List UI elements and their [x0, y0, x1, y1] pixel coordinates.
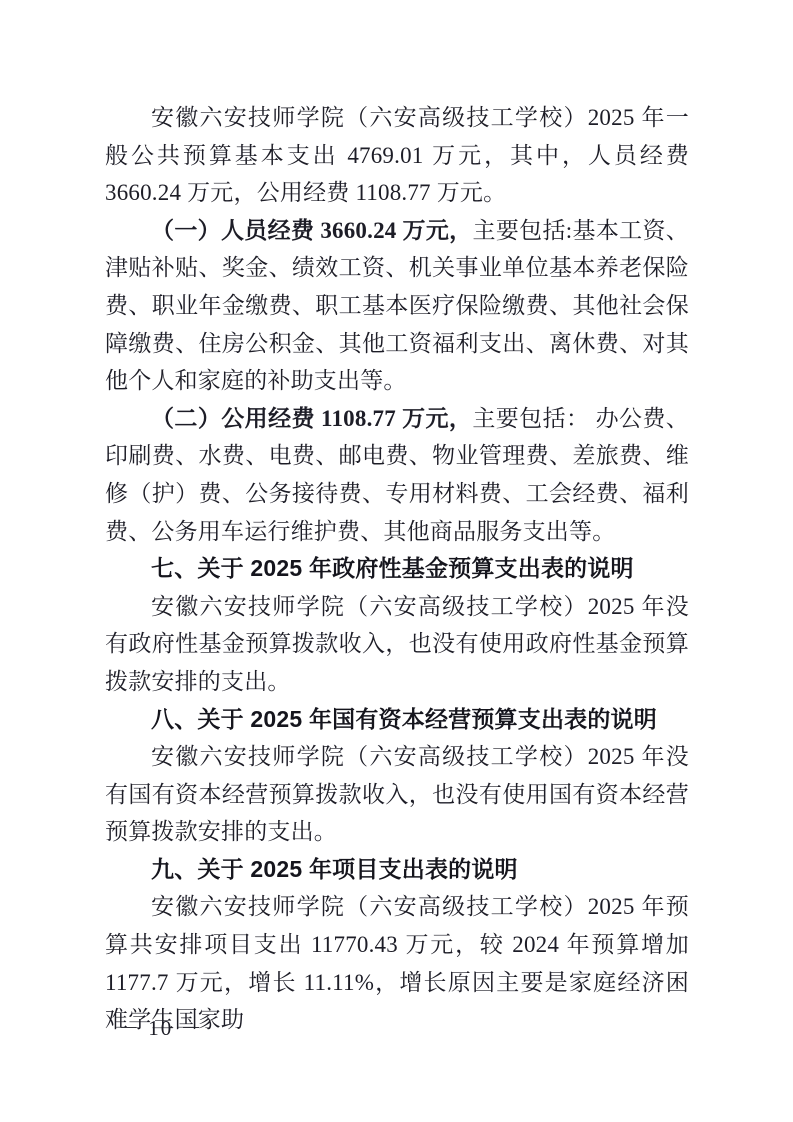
paragraph-basic-expenditure: 安徽六安技师学院（六安高级技工学校）2025 年一般公共预算基本支出 4769.… — [105, 99, 689, 212]
paragraph-personnel-expenses: （一）人员经费 3660.24 万元，主要包括:基本工资、津贴补贴、奖金、绩效工… — [105, 212, 689, 400]
paragraph-public-expenses: （二）公用经费 1108.77 万元，主要包括： 办公费、印刷费、水费、电费、邮… — [105, 400, 689, 550]
section-heading-7: 七、关于 2025 年政府性基金预算支出表的说明 — [105, 550, 689, 588]
paragraph-lead-bold: （二）公用经费 1108.77 万元， — [151, 406, 472, 431]
page-number: － 10 － — [118, 1012, 204, 1042]
paragraph-text: 主要包括:基本工资、津贴补贴、奖金、绩效工资、机关事业单位基本养老保险费、职业年… — [105, 218, 689, 393]
document-page: 安徽六安技师学院（六安高级技工学校）2025 年一般公共预算基本支出 4769.… — [0, 0, 793, 1122]
paragraph-state-capital: 安徽六安技师学院（六安高级技工学校）2025 年没有国有资本经营预算拨款收入，也… — [105, 738, 689, 851]
section-heading-9: 九、关于 2025 年项目支出表的说明 — [105, 851, 689, 889]
paragraph-lead-bold: （一）人员经费 3660.24 万元， — [151, 218, 473, 243]
section-heading-8: 八、关于 2025 年国有资本经营预算支出表的说明 — [105, 701, 689, 739]
document-body: 安徽六安技师学院（六安高级技工学校）2025 年一般公共预算基本支出 4769.… — [105, 99, 689, 1039]
paragraph-government-fund: 安徽六安技师学院（六安高级技工学校）2025 年没有政府性基金预算拨款收入，也没… — [105, 588, 689, 701]
